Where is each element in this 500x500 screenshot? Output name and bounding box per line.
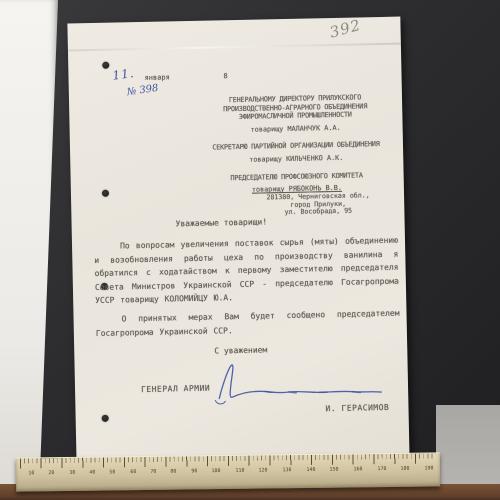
signer-rank: ГЕНЕРАЛ АРМИИ [141, 384, 210, 394]
recipient-line: СЕКРЕТАРЮ ПАРТИЙНОЙ ОРГАНИЗАЦИИ ОБЪЕДИНЕ… [198, 140, 394, 153]
album-page-edge [0, 0, 58, 487]
punch-hole [102, 62, 109, 69]
closing-phrase: С уважением [214, 345, 267, 355]
photo-of-document: 392 11. января 8 № 398 ГЕНЕРАЛЬНОМУ ДИРЕ… [0, 0, 500, 500]
paper-document: 392 11. января 8 № 398 ГЕНЕРАЛЬНОМУ ДИРЕ… [67, 17, 409, 469]
typed-date-month: января [144, 73, 169, 82]
handwritten-date-day: 11. [112, 66, 136, 83]
body-paragraph-2: О принятых мерах Вам будет сообщено пред… [95, 307, 399, 340]
recipient-block-union-chairman: ПРЕДСЕДАТЕЛЮ ПРОФСОЮЗНОГО КОМИТЕТА товар… [199, 170, 396, 219]
signer-name: И. ГЕРАСИМОВ [325, 403, 389, 413]
postal-address: 281380, Черниговская обл., город Прилуки… [199, 191, 395, 218]
recipient-addressee: товарищу МАЛАНЧУК А.А. [198, 123, 394, 136]
salutation: Уважаемые товарищи! [176, 217, 268, 228]
typed-year-digit: 8 [223, 72, 227, 80]
body-paragraph-1: По вопросам увеличения поставок сырья (м… [94, 234, 399, 308]
punch-hole [102, 190, 109, 197]
recipient-blocks: ГЕНЕРАЛЬНОМУ ДИРЕКТОРУ ПРИЛУКСКОГО ПРОИЗ… [197, 93, 396, 228]
pencil-page-number: 392 [328, 16, 363, 42]
recipient-line: ПРЕДСЕДАТЕЛЮ ПРОФСОЮЗНОГО КОМИТЕТА [199, 170, 395, 183]
ruler: 1020304050607080901001101201301401501601… [16, 452, 440, 491]
recipient-block-director: ГЕНЕРАЛЬНОМУ ДИРЕКТОРУ ПРИЛУКСКОГО ПРОИЗ… [197, 93, 394, 135]
signature-ink [209, 359, 395, 405]
punch-hole [102, 415, 109, 422]
handwritten-reg-number: № 398 [126, 83, 159, 98]
recipient-block-party-secretary: СЕКРЕТАРЮ ПАРТИЙНОЙ ОРГАНИЗАЦИИ ОБЪЕДИНЕ… [198, 140, 394, 165]
paper-crease [68, 43, 401, 52]
recipient-addressee: товарищу КИЛЬЧЕНКО А.К. [198, 153, 394, 166]
